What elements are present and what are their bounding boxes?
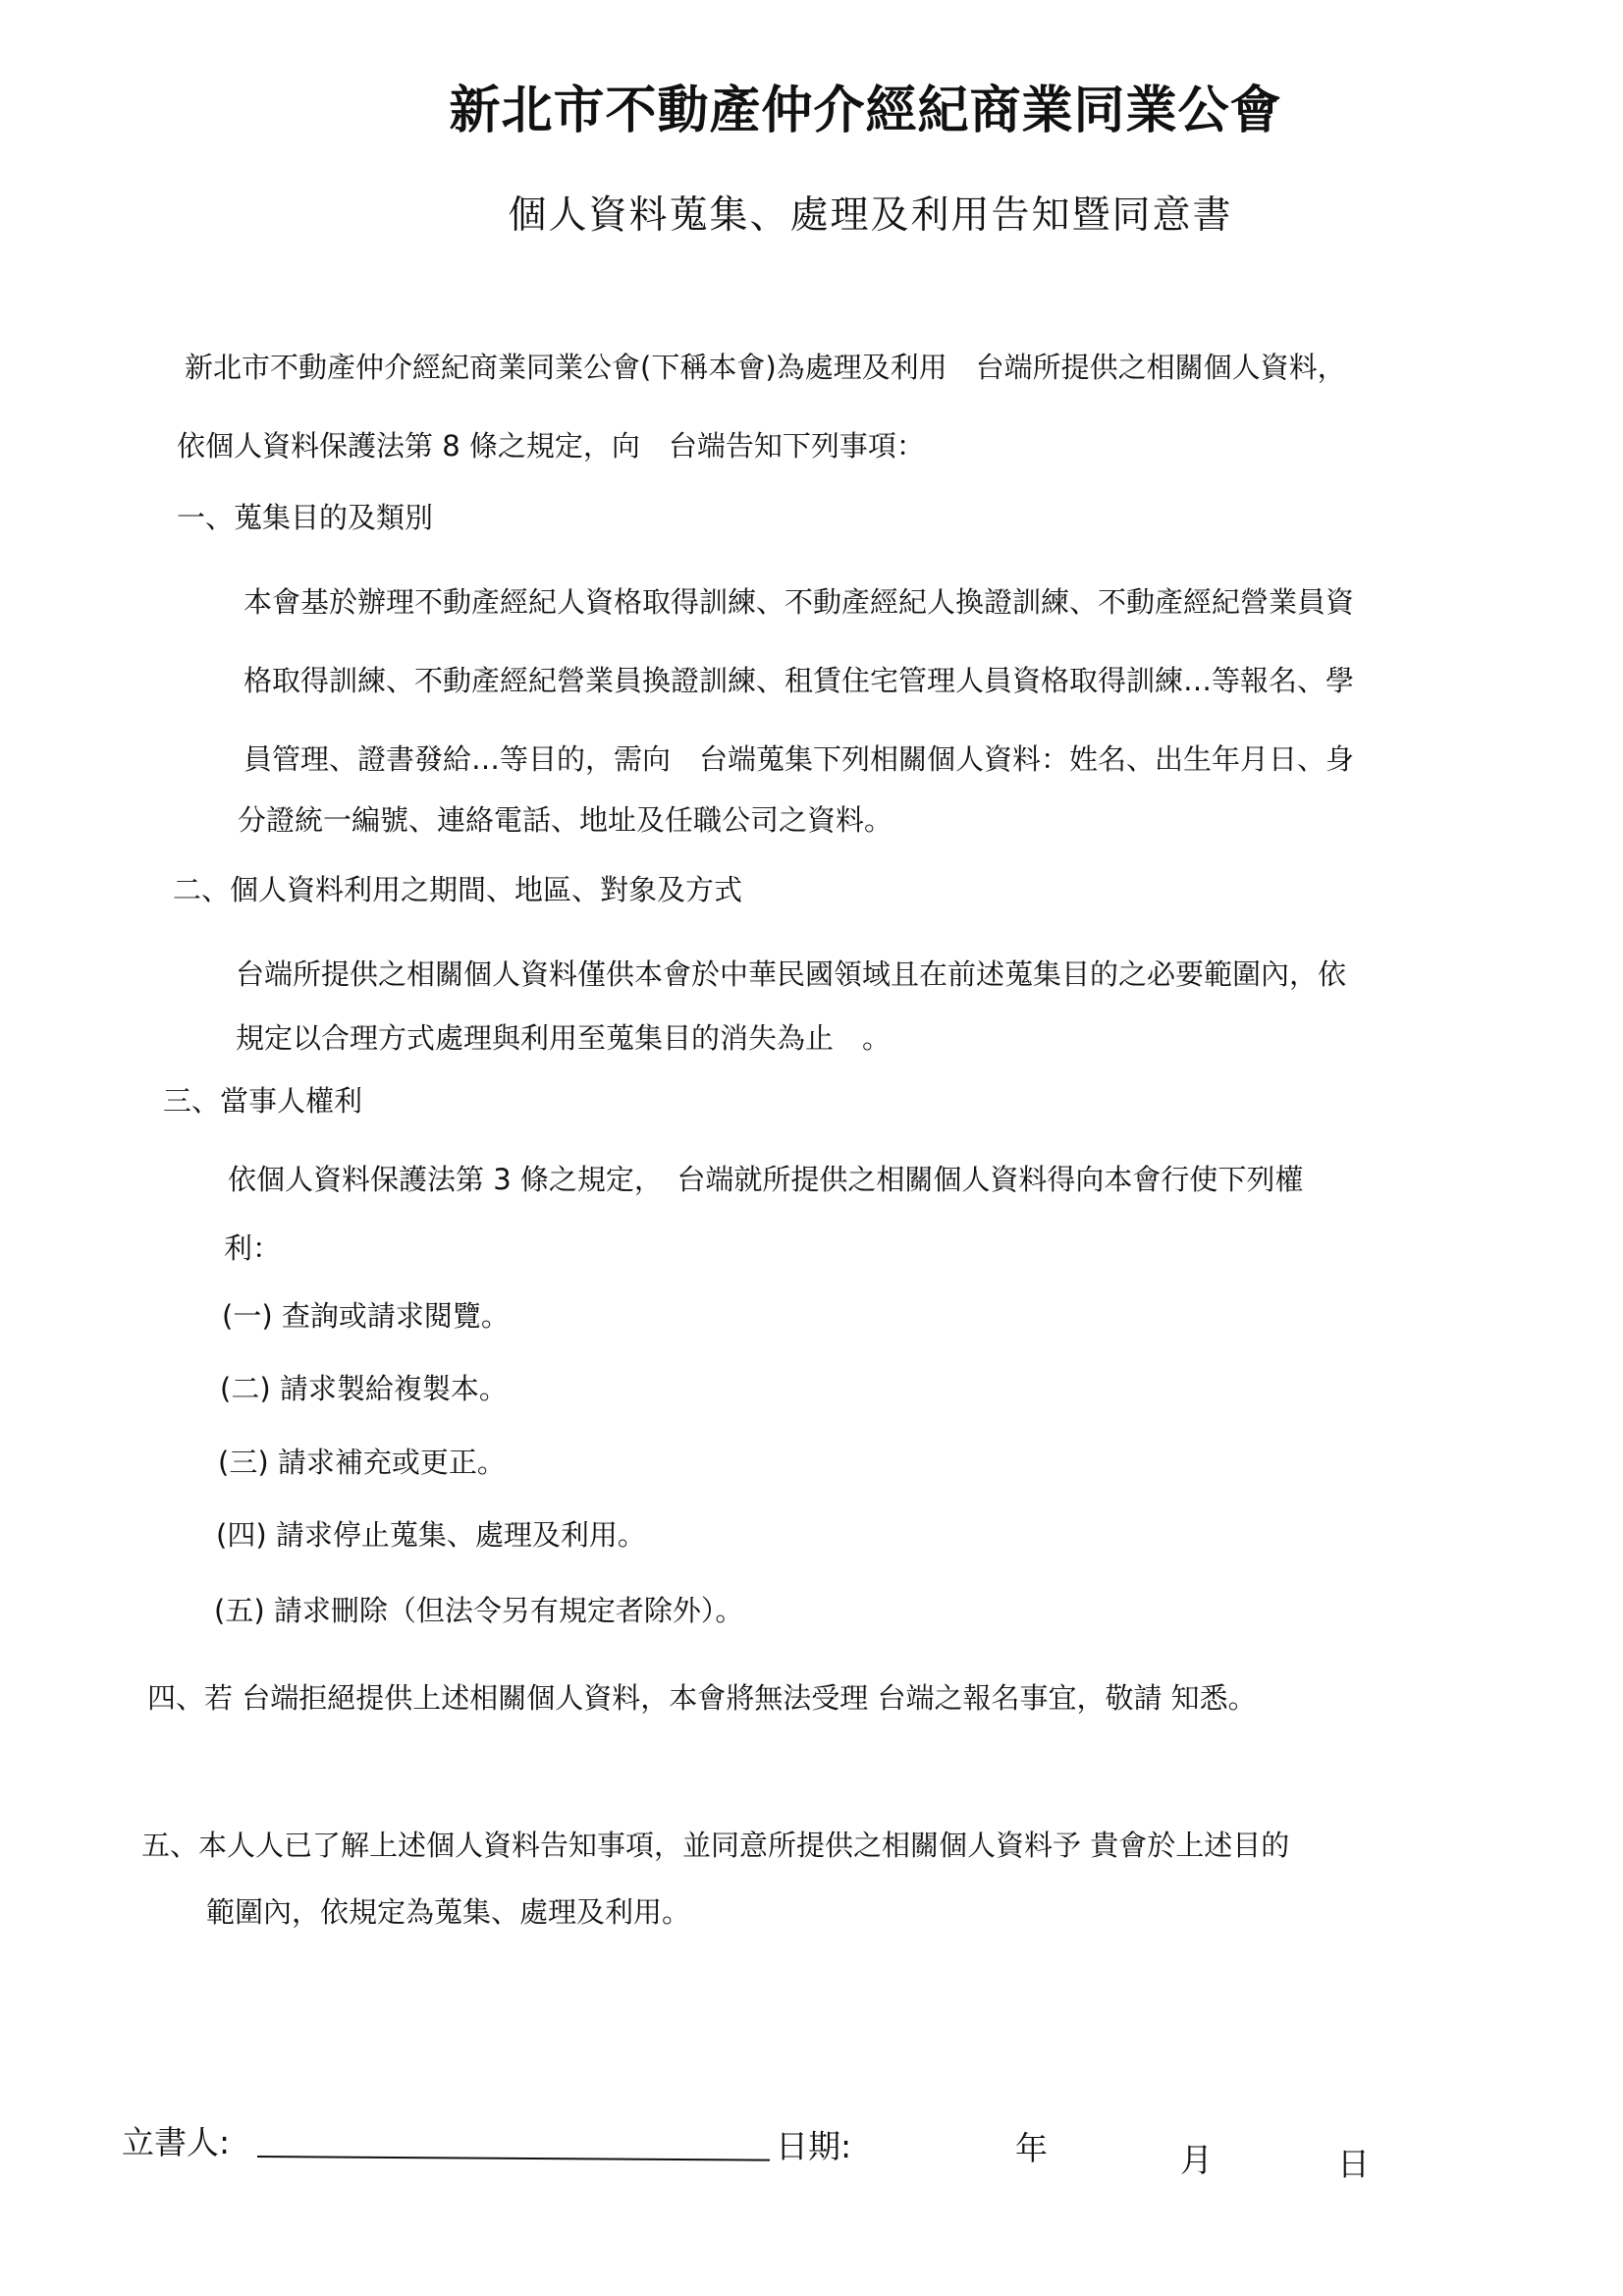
signer-signature-field[interactable] <box>257 2156 770 2161</box>
right-item: (五) 請求刪除（但法令另有規定者除外）。 <box>214 1594 743 1627</box>
document-title: 新北市不動產仲介經紀商業同業公會 <box>0 81 1623 141</box>
section-2-line: 台端所提供之相關個人資料僅供本會於中華民國領域且在前述蒐集目的之必要範圍內，依 <box>236 957 1346 991</box>
right-item: (一) 查詢或請求閱覽。 <box>222 1299 510 1333</box>
section-3-line: 依個人資料保護法第 3 條之規定， 台端就所提供之相關個人資料得向本會行使下列權 <box>228 1163 1303 1196</box>
right-item: (四) 請求停止蒐集、處理及利用。 <box>216 1518 646 1552</box>
right-item: (三) 請求補充或更正。 <box>218 1446 506 1479</box>
section-heading-4: 四、若 台端拒絕提供上述相關個人資料，本會將無法受理 台端之報名事宜，敬請 知悉… <box>147 1681 1257 1715</box>
section-heading-3: 三、當事人權利 <box>163 1084 362 1118</box>
date-label: 日期: <box>776 2127 851 2166</box>
section-heading-1: 一、蒐集目的及類別 <box>177 501 433 534</box>
signer-label: 立書人: <box>122 2123 230 2162</box>
section-1-line: 格取得訓練、不動產經紀營業員換證訓練、租賃住宅管理人員資格取得訓練…等報名、學 <box>243 664 1354 697</box>
date-year-label: 年 <box>1015 2129 1048 2168</box>
section-heading-2: 二、個人資料利用之期間、地區、對象及方式 <box>173 873 742 906</box>
section-3-line: 利： <box>224 1231 281 1265</box>
intro-line: 新北市不動產仲介經紀商業同業公會(下稱本會)為處理及利用 台端所提供之相關個人資… <box>185 351 1346 384</box>
section-1-line: 員管理、證書發給…等目的，需向 台端蒐集下列相關個人資料：姓名、出生年月日、身 <box>243 742 1354 776</box>
date-month-label: 月 <box>1180 2141 1213 2180</box>
section-1-line: 本會基於辦理不動產經紀人資格取得訓練、不動產經紀人換證訓練、不動產經紀營業員資 <box>243 585 1354 619</box>
section-5-line: 範圍內，依規定為蒐集、處理及利用。 <box>206 1895 690 1929</box>
right-item: (二) 請求製給複製本。 <box>220 1372 508 1405</box>
intro-line: 依個人資料保護法第 8 條之規定，向 台端告知下列事項： <box>177 429 925 463</box>
consent-form-page: 新北市不動產仲介經紀商業同業公會 個人資料蒐集、處理及利用告知暨同意書 新北市不… <box>0 0 1623 2296</box>
section-1-line: 分證統一編號、連絡電話、地址及任職公司之資料。 <box>238 803 893 837</box>
document-subtitle: 個人資料蒐集、處理及利用告知暨同意書 <box>0 192 1623 240</box>
section-2-line: 規定以合理方式處理與利用至蒐集目的消失為止 。 <box>236 1021 891 1055</box>
section-heading-5: 五、本人人已了解上述個人資料告知事項，並同意所提供之相關個人資料予 貴會於上述目… <box>141 1829 1289 1862</box>
date-day-label: 日 <box>1337 2145 1370 2184</box>
